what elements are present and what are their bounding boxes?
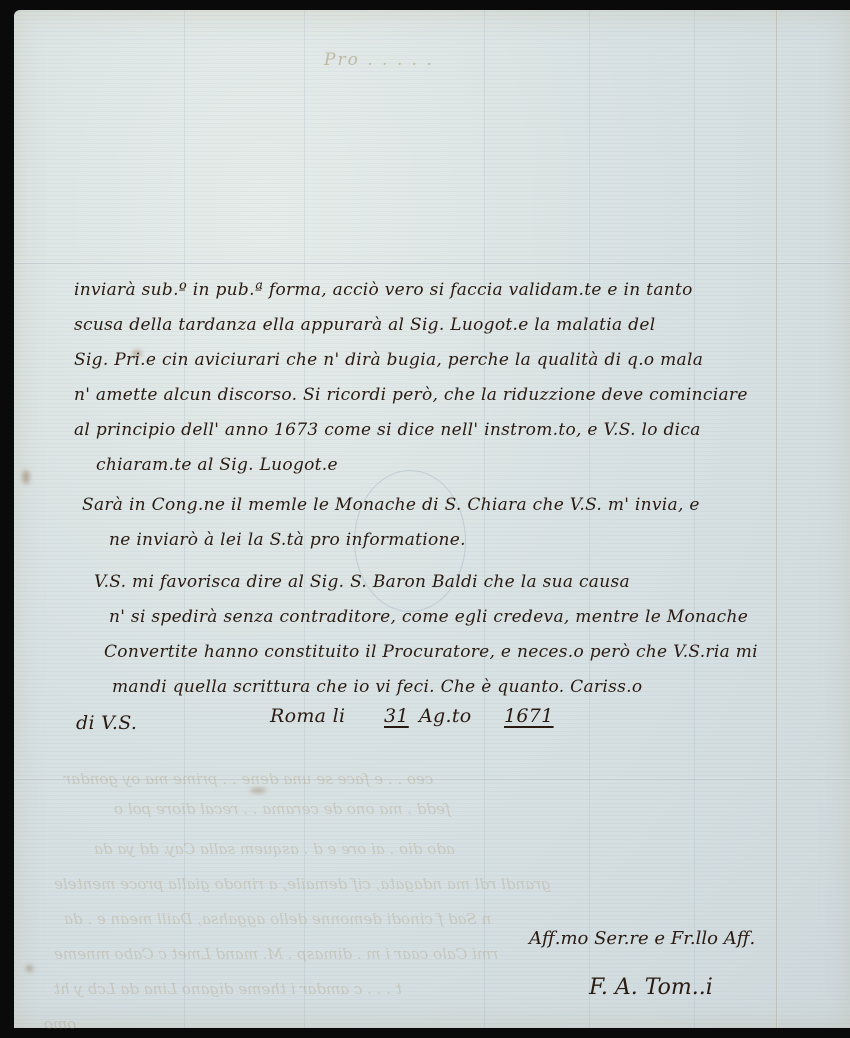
paper-chain-line bbox=[589, 10, 590, 1028]
horizontal-fold bbox=[14, 262, 850, 264]
letter-line: n' si spedirà senza contraditore, come e… bbox=[109, 607, 748, 627]
bleed-through-text: fedd . ma ono de cerama . . recal diore … bbox=[114, 800, 450, 818]
signature-name: F. A. Tom..i bbox=[589, 975, 713, 1000]
signature-closing: Aff.mo Ser.re e Fr.llo Aff. bbox=[529, 928, 755, 949]
letter-line: al principio dell' anno 1673 come si dic… bbox=[74, 420, 701, 440]
letter-line: V.S. mi favorisca dire al Sig. S. Baron … bbox=[94, 572, 630, 592]
salutation: di V.S. bbox=[76, 712, 137, 734]
letter-line: inviarà sub.º in pub.ª forma, acciò vero… bbox=[74, 280, 693, 300]
bleed-through-text: ado dio . ai ore e d . asquem salla Cay.… bbox=[94, 840, 455, 858]
bleed-through-text: rmi Calo caar i m . dimasp . M. mand Lme… bbox=[54, 945, 498, 963]
ink-stain bbox=[22, 470, 30, 484]
bleed-through-text: omo bbox=[44, 1015, 76, 1033]
letter-line: n' amette alcun discorso. Si ricordi per… bbox=[74, 385, 748, 405]
bleed-through-text: ceo . . e face se una dene . . prime ma … bbox=[64, 770, 433, 788]
ink-stain bbox=[250, 788, 266, 793]
letter-line: Convertite hanno constituito il Procurat… bbox=[104, 642, 758, 662]
letter-line: chiaram.te al Sig. Luogot.e bbox=[96, 455, 338, 475]
date-month: Ag.to bbox=[419, 705, 472, 727]
ink-stain bbox=[26, 965, 33, 972]
bleed-through-text: n Sad f cinodi demonne dello aggahsa, Da… bbox=[64, 910, 491, 928]
bleed-through-text: grandl rdl ma ndagata, cif demaile, a ri… bbox=[54, 875, 551, 893]
letter-line: Sarà in Cong.ne il memle le Monache di S… bbox=[82, 495, 700, 515]
date-day: 31 bbox=[384, 705, 409, 727]
vertical-fold bbox=[776, 10, 778, 1028]
manuscript-sheet: Pro . . . . . ceo . . e face se una dene… bbox=[14, 10, 850, 1028]
paper-chain-line bbox=[694, 10, 695, 1028]
bleed-through-text: t . . . c amdar i theme digano Lina da L… bbox=[54, 980, 402, 998]
date-year: 1671 bbox=[504, 705, 554, 727]
place-name: Roma li bbox=[270, 705, 345, 727]
letter-line: Sig. Pri.e cin aviciurari che n' dirà bu… bbox=[74, 350, 703, 370]
letter-line: mandi quella scrittura che io vi feci. C… bbox=[112, 677, 642, 697]
letter-line: ne inviarò à lei la S.tà pro information… bbox=[109, 530, 466, 550]
faded-header-note: Pro . . . . . bbox=[324, 50, 434, 70]
letter-line: scusa della tardanza ella appurarà al Si… bbox=[74, 315, 655, 335]
